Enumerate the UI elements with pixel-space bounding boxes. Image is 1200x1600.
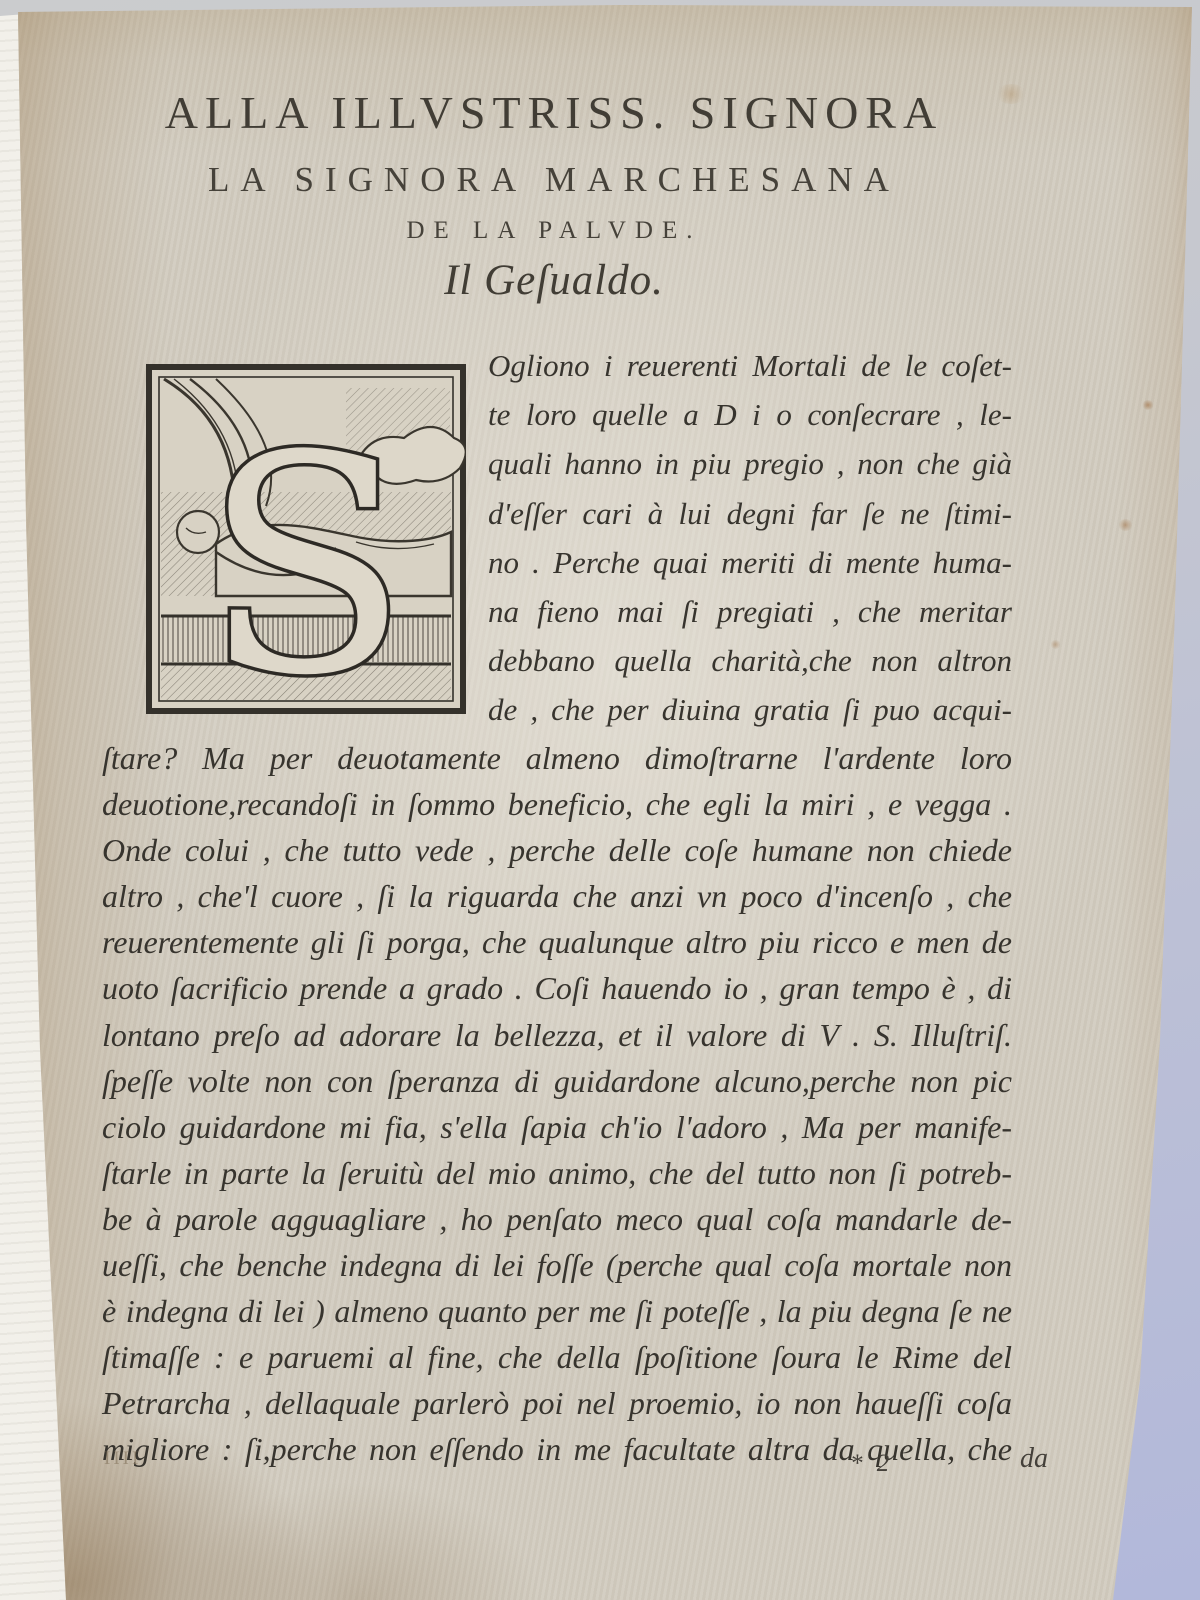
body-line: deuotione,recandoſi in ſommo beneficio, … [102, 781, 1012, 827]
signature-mark: * 2 [850, 1450, 889, 1478]
drop-cap-letter: S [203, 392, 409, 714]
ghost-signature-mark: IIII [104, 1448, 141, 1470]
paragraph-beside-initial: Ogliono i reuerenti Mortali de le coſet-… [488, 341, 1012, 735]
heading-line-3: DE LA PALVDE. [96, 217, 1012, 245]
body-line: Petrarcha , dellaquale parlerò poi nel p… [102, 1380, 1012, 1426]
body-line: ciolo guidardone mi fia, s'ella ſapia ch… [102, 1104, 1012, 1150]
body-line: te loro quelle a D i o conſecrare , le- [488, 390, 1012, 439]
body-line: ſtare? Ma per deuotamente almeno dimoſtr… [102, 735, 1012, 781]
body-line: de , che per diuina gratia ſi puo acqui- [488, 685, 1012, 734]
fox-spot [1118, 519, 1133, 531]
body-line: ſpeſſe volte non con ſperanza di guidard… [102, 1058, 1012, 1104]
body-line: altro , che'l cuore , ſi la riguarda che… [102, 873, 1012, 919]
woodcut-initial-S: S [146, 364, 466, 714]
body-line: lontano preſo ad adorare la bellezza, et… [102, 1012, 1012, 1058]
body-line: Ogliono i reuerenti Mortali de le coſet- [488, 341, 1012, 390]
body-line: uoto ſacrificio prende a grado . Coſi ha… [102, 965, 1012, 1011]
body-line: d'eſſer cari à lui degni far ſe ne ſtimi… [488, 489, 1012, 538]
body-line: ſtarle in parte la ſeruitù del mio animo… [102, 1150, 1012, 1196]
woodcut-illustration: S [146, 364, 466, 714]
body-line: debbano quella charità,che non altron [488, 636, 1012, 685]
body-line: no . Perche quai meriti di mente huma- [488, 538, 1012, 587]
heading-line-1: ALLA ILLVSTRISS. SIGNORA [96, 86, 1012, 139]
photo-backdrop: ALLA ILLVSTRISS. SIGNORA LA SIGNORA MARC… [0, 0, 1200, 1600]
paragraph-full-width: ſtare? Ma per deuotamente almeno dimoſtr… [102, 735, 1012, 1473]
body-line: reuerentemente gli ſi porga, che qualunq… [102, 919, 1012, 965]
fox-spot [1142, 400, 1154, 410]
body-line: na fieno mai ſi pregiati , che meritar [488, 587, 1012, 636]
body-line: Onde colui , che tutto vede , perche del… [102, 827, 1012, 873]
body-line: quali hanno in piu pregio , non che già [488, 439, 1012, 488]
fox-spot [1050, 640, 1061, 649]
body-line: è indegna di lei ) almeno quanto per me … [102, 1288, 1012, 1334]
body-line: ueſſi, che benche indegna di lei foſſe (… [102, 1242, 1012, 1288]
body-line: ſtimaſſe : e paruemi al fine, che della … [102, 1334, 1012, 1380]
catchword: da [1020, 1443, 1048, 1475]
book-page: ALLA ILLVSTRISS. SIGNORA LA SIGNORA MARC… [0, 0, 1200, 1600]
body-line: be à parole agguagliare , ho penſato mec… [102, 1196, 1012, 1242]
heading-subtitle: Il Geſualdo. [96, 256, 1012, 305]
heading-line-2: LA SIGNORA MARCHESANA [96, 160, 1012, 200]
